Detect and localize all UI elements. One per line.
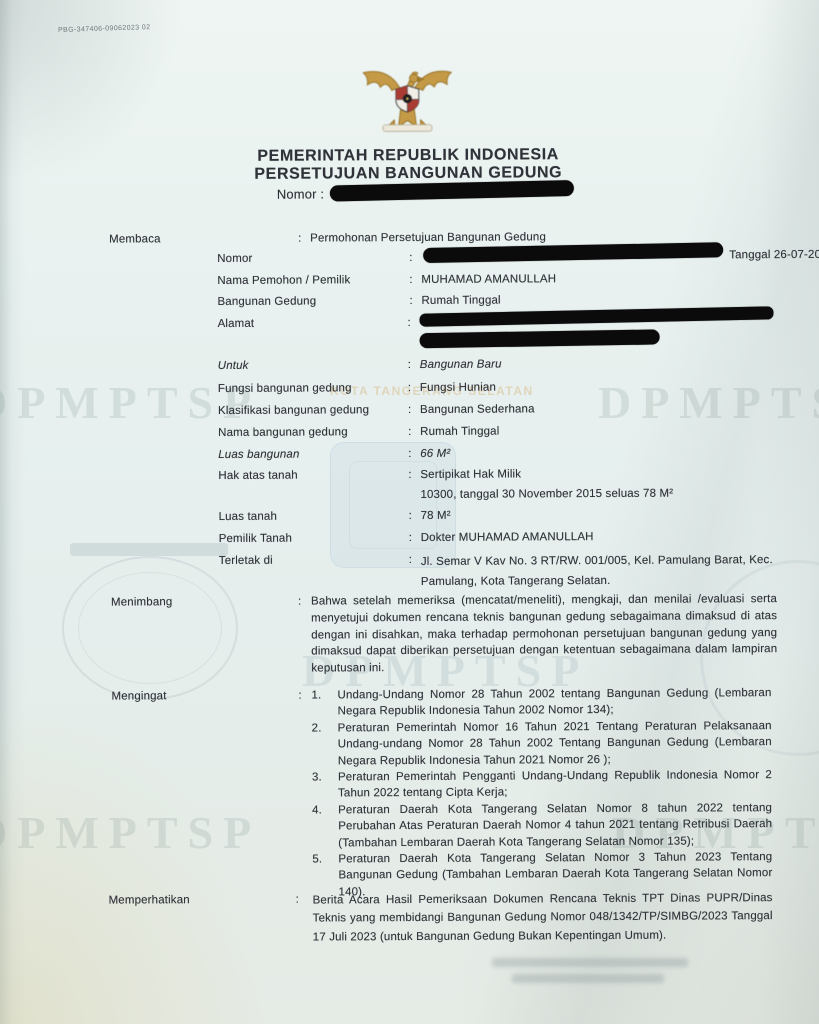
nomor-tanggal: Tanggal 26-07-2023 xyxy=(729,247,819,264)
colon: : xyxy=(409,530,412,547)
section-label-menimbang: Menimbang xyxy=(111,594,173,611)
field-label: Hak atas tanah xyxy=(218,468,298,485)
colon: : xyxy=(408,402,411,419)
colon: : xyxy=(298,231,301,248)
field-value: Rumah Tinggal xyxy=(420,424,499,441)
field-label-alamat: Alamat xyxy=(218,316,255,333)
document-content: PBG-347406-09062023 02 xyxy=(0,0,819,1024)
colon: : xyxy=(408,380,411,397)
document-page: DPMPTSP DPMPTSP DPMPTSP DPMPTSP DPMPTSP … xyxy=(0,0,819,1024)
menimbang-text: Bahwa setelah memeriksa (mencatat/meneli… xyxy=(311,591,777,677)
section-label-mengingat: Mengingat xyxy=(111,688,166,705)
garuda-icon xyxy=(358,48,457,147)
item-number: 3. xyxy=(312,769,338,786)
field-label: Bangunan Gedung xyxy=(217,293,316,310)
field-label: Nama bangunan gedung xyxy=(218,424,348,441)
field-value: MUHAMAD AMANULLAH xyxy=(421,271,556,289)
field-value: Rumah Tinggal xyxy=(421,293,500,310)
field-value: Jl. Semar V Kav No. 3 RT/RW. 001/005, Ke… xyxy=(421,550,773,592)
section-label-membaca: Membaca xyxy=(109,231,161,248)
field-label: Luas bangunan xyxy=(218,447,299,464)
colon: : xyxy=(409,508,412,525)
memperhatikan-text: Berita Acara Hasil Pemeriksaan Dokumen R… xyxy=(313,889,773,947)
item-text: Peraturan Pemerintah Nomor 16 Tahun 2021… xyxy=(338,718,772,769)
field-label: Pemilik Tanah xyxy=(219,531,292,548)
colon: : xyxy=(298,594,301,611)
item-text: Undang-Undang Nomor 28 Tahun 2002 tentan… xyxy=(337,685,771,720)
field-value: 78 M² xyxy=(421,508,451,525)
colon: : xyxy=(408,467,411,484)
field-value-line2: 10300, tanggal 30 November 2015 seluas 7… xyxy=(420,486,673,504)
field-label: Fungsi bangunan gedung xyxy=(218,380,352,397)
item-number: 4. xyxy=(312,802,338,819)
colon: : xyxy=(409,272,412,289)
legal-item: 4.Peraturan Daerah Kota Tangerang Selata… xyxy=(312,800,776,852)
colon: : xyxy=(408,315,411,332)
item-number: 2. xyxy=(312,720,338,737)
header-nomor-label: Nomor : xyxy=(277,186,324,201)
scan-corner-code: PBG-347406-09062023 02 xyxy=(58,24,151,34)
legal-item: 2.Peraturan Pemerintah Nomor 16 Tahun 20… xyxy=(312,718,776,770)
colon: : xyxy=(409,552,412,569)
field-label: Klasifikasi bangunan gedung xyxy=(218,402,369,420)
colon: : xyxy=(409,293,412,310)
colon: : xyxy=(408,446,411,463)
legal-item: 1.Undang-Undang Nomor 28 Tahun 2002 tent… xyxy=(311,685,775,720)
section-label-memperhatikan: Memperhatikan xyxy=(109,892,190,909)
legal-item: 3.Peraturan Pemerintah Pengganti Undang-… xyxy=(312,767,776,802)
item-number: 5. xyxy=(312,851,338,868)
colon: : xyxy=(408,357,411,374)
garuda-pancasila-emblem xyxy=(358,48,457,147)
colon: : xyxy=(408,424,411,441)
item-text: Peraturan Daerah Kota Tangerang Selatan … xyxy=(338,800,772,851)
field-value: Dokter MUHAMAD AMANULLAH xyxy=(421,529,594,547)
mengingat-list: 1.Undang-Undang Nomor 28 Tahun 2002 tent… xyxy=(311,685,776,901)
field-value: Sertipikat Hak Milik xyxy=(420,466,521,483)
field-label: Luas tanah xyxy=(219,509,278,526)
redaction-bar-alamat-2 xyxy=(420,329,660,348)
field-label: Terletak di xyxy=(219,553,273,570)
item-number: 1. xyxy=(311,687,337,704)
item-text: Peraturan Pemerintah Pengganti Undang-Un… xyxy=(338,767,772,802)
membaca-intro: Permohonan Persetujuan Bangunan Gedung xyxy=(310,229,546,247)
field-value: Bangunan Baru xyxy=(420,357,502,374)
colon: : xyxy=(298,688,301,705)
field-value: Fungsi Hunian xyxy=(420,380,496,397)
title-line-2: PERSETUJUAN BANGUNAN GEDUNG xyxy=(0,163,818,185)
field-label: Untuk xyxy=(218,358,249,375)
colon: : xyxy=(409,250,412,267)
field-label: Nama Pemohon / Pemilik xyxy=(217,272,350,289)
field-label-nomor: Nomor xyxy=(217,251,252,268)
colon: : xyxy=(296,892,299,909)
field-value: 66 M² xyxy=(420,446,450,463)
redaction-bar-nomor-header xyxy=(330,180,574,202)
field-value: Bangunan Sederhana xyxy=(420,401,535,418)
